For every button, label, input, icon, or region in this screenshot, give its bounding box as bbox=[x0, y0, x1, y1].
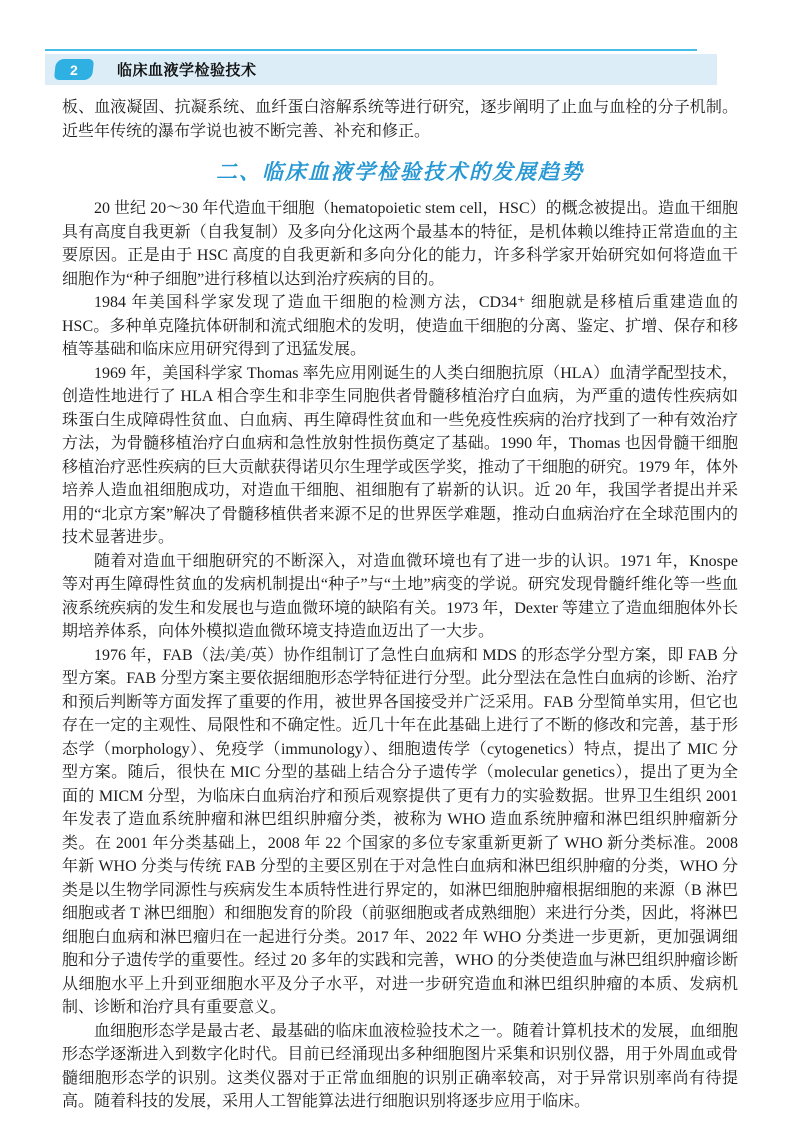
paragraph-4: 1969 年，美国科学家 Thomas 率先应用刚诞生的人类白细胞抗原（HLA）… bbox=[62, 362, 738, 550]
paragraph-2: 20 世纪 20～30 年代造血干细胞（hematopoietic stem c… bbox=[62, 197, 738, 291]
book-title: 临床血液学检验技术 bbox=[117, 59, 257, 80]
running-header: 2 临床血液学检验技术 bbox=[45, 54, 717, 85]
section-heading: 二、临床血液学检验技术的发展趋势 bbox=[62, 156, 738, 186]
page-number-badge: 2 bbox=[54, 59, 94, 80]
body-paragraphs: 20 世纪 20～30 年代造血干细胞（hematopoietic stem c… bbox=[62, 197, 738, 1114]
paragraph-7: 血细胞形态学是最古老、最基础的临床血液检验技术之一。随着计算机技术的发展，血细胞… bbox=[62, 1020, 738, 1114]
paragraph-continued: 板、血液凝固、抗凝系统、血纤蛋白溶解系统等进行研究，逐步阐明了止血与血栓的分子机… bbox=[62, 96, 738, 143]
paragraph-5: 随着对造血干细胞研究的不断深入，对造血微环境也有了进一步的认识。1971 年，K… bbox=[62, 550, 738, 644]
book-page: 2 临床血液学检验技术 板、血液凝固、抗凝系统、血纤蛋白溶解系统等进行研究，逐步… bbox=[0, 0, 800, 1146]
page-number: 2 bbox=[70, 62, 78, 78]
page-content: 板、血液凝固、抗凝系统、血纤蛋白溶解系统等进行研究，逐步阐明了止血与血栓的分子机… bbox=[62, 96, 738, 1114]
paragraph-3: 1984 年美国科学家发现了造血干细胞的检测方法，CD34⁺ 细胞就是移植后重建… bbox=[62, 291, 738, 362]
header-rule-line bbox=[45, 49, 697, 51]
paragraph-6: 1976 年，FAB（法/美/英）协作组制订了急性白血病和 MDS 的形态学分型… bbox=[62, 644, 738, 1020]
